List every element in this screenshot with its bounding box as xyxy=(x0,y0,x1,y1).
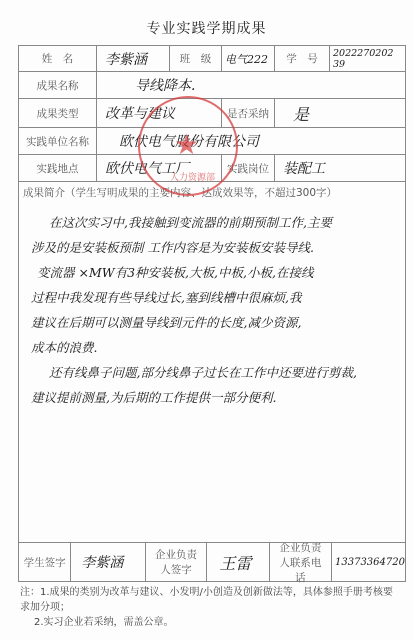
summary-line: 建议提前测量,为后期的工作提供一部分便利. xyxy=(31,385,391,410)
practice-unit-value: 欧伏电气股份有限公司 xyxy=(97,128,405,154)
practice-location-label: 实践地点 xyxy=(19,155,97,181)
student-signature-value: 李紫涵 xyxy=(71,543,146,581)
summary-line: 涉及的是安装板预制 工作内容是为安装板安装导线. xyxy=(31,235,391,260)
result-name-label: 成果名称 xyxy=(19,72,97,98)
summary-line: 建议在后期可以测量导线到元件的长度,减少资源, xyxy=(31,310,391,335)
footnotes: 注：1.成果的类别为改革与建议、小发明/小创造及创新做法等，具体参照手册考核要求… xyxy=(20,585,400,630)
manager-phone-value: 13373364720 xyxy=(332,543,405,581)
result-type-label: 成果类型 xyxy=(19,99,97,127)
result-name-value: 导线降本. xyxy=(97,72,405,98)
manager-phone-label: 企业负责人联系电话 xyxy=(270,543,332,581)
manager-signature-value: 王雷 xyxy=(207,543,269,581)
summary-line: 在这次实习中,我接触到变流器的前期预制工作,主要 xyxy=(31,210,391,235)
class-label: 班 级 xyxy=(170,46,222,71)
practice-position-value: 装配工 xyxy=(275,155,405,181)
manager-signature-label: 企业负责人签字 xyxy=(146,543,208,581)
practice-unit-label: 实践单位名称 xyxy=(19,128,97,154)
name-label: 姓 名 xyxy=(19,46,97,71)
result-type-value: 改革与建议 xyxy=(97,99,222,127)
student-signature-label: 学生签字 xyxy=(19,543,71,581)
result-name-row: 成果名称 导线降本. xyxy=(19,72,405,99)
adopted-value: 是 xyxy=(275,99,405,127)
student-id-label: 学 号 xyxy=(275,46,330,71)
results-form: 姓 名 李紫涵 班 级 电气222 学 号 2022270202 39 成果名称… xyxy=(18,45,406,582)
practice-position-label: 实践岗位 xyxy=(222,155,275,181)
practice-location-row: 实践地点 欧伏电气工厂 实践岗位 装配工 xyxy=(19,155,405,182)
document-title: 专业实践学期成果 xyxy=(0,18,413,38)
class-value: 电气222 xyxy=(222,46,275,71)
footnote-1: 注：1.成果的类别为改革与建议、小发明/小创造及创新做法等，具体参照手册考核要求… xyxy=(20,585,400,615)
summary-line: 变流器 ×MW有3种安装板,大板,中板,小板,在接线 xyxy=(31,260,391,285)
summary-line: 过程中我发现有些导线过长,塞到线槽中很麻烦,我 xyxy=(31,285,391,310)
practice-location-value: 欧伏电气工厂 xyxy=(97,155,222,181)
student-id-value: 2022270202 39 xyxy=(330,46,405,71)
result-summary-section: 成果简介（学生写明成果的主要内容、达成效果等，不超过300字） 在这次实习中,我… xyxy=(19,182,405,543)
result-summary-body: 在这次实习中,我接触到变流器的前期预制工作,主要 涉及的是安装板预制 工作内容是… xyxy=(31,210,391,410)
practice-unit-row: 实践单位名称 欧伏电气股份有限公司 xyxy=(19,128,405,155)
summary-line: 还有线鼻子问题,部分线鼻子过长在工作中还要进行剪裁, xyxy=(31,360,391,385)
student-info-row: 姓 名 李紫涵 班 级 电气222 学 号 2022270202 39 xyxy=(19,46,405,72)
footnote-2: 2.实习企业若采纳，需盖公章。 xyxy=(20,615,400,630)
name-value: 李紫涵 xyxy=(97,46,170,71)
result-type-row: 成果类型 改革与建议 是否采纳 是 xyxy=(19,99,405,128)
summary-line: 成本的浪费. xyxy=(31,335,391,360)
signature-row: 学生签字 李紫涵 企业负责人签字 王雷 企业负责人联系电话 1337336472… xyxy=(19,543,405,581)
result-summary-label: 成果简介（学生写明成果的主要内容、达成效果等，不超过300字） xyxy=(23,185,337,200)
adopted-label: 是否采纳 xyxy=(222,99,275,127)
